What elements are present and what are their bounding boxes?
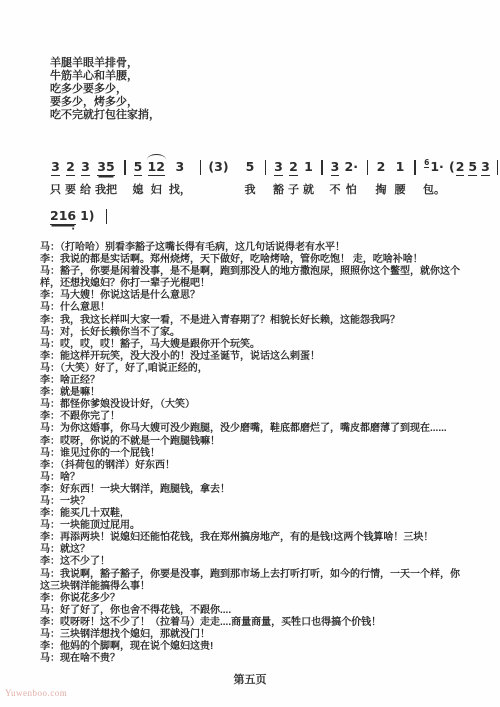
barline [414, 160, 416, 175]
barline [124, 160, 126, 175]
lyric-syllable: 包。 [423, 181, 445, 194]
page-footer: 第五页 [0, 671, 500, 687]
music-note: 1腰 [394, 159, 405, 194]
verse-line: 吃多少要多少， [50, 83, 160, 96]
music-note: 5 [468, 159, 477, 194]
music-notation-line-1: 3只2要3给35我把5媳12妇3找，(3)5我3豁2子1就3不2·怕2掏1腰61… [48, 159, 500, 194]
page-number-label: 第五页 [234, 674, 267, 686]
music-note: 3给 [80, 159, 91, 194]
dialogue-line: 马：都怪你爹娘没设计好，（大笑） [40, 399, 464, 411]
watermark: Yuwenboo.com [5, 688, 67, 698]
lyric-syllable: 给 [80, 181, 91, 194]
grace-note: 6 [424, 158, 429, 168]
barline [367, 160, 369, 175]
dialogue-line: 李：就是嘛！ [40, 387, 464, 399]
lyric-syllable [481, 181, 490, 194]
lyric-syllable: 不 [330, 181, 341, 194]
music-note: 3豁 [273, 159, 284, 194]
dialogue-line: 马：一块？ [40, 496, 464, 508]
dialogue-line: 马：一块能顶过屁用。 [40, 520, 464, 532]
dialogue-line: 马：我说啊，豁子豁子，你要是没事，跑到那市场上去打听打听，如今的行情，一天一个样… [40, 569, 464, 593]
barline [497, 160, 499, 175]
dialogue-line: 李：不跟你完了！ [40, 411, 464, 423]
barline [265, 160, 267, 175]
paren: ( [449, 159, 455, 174]
verse-line: 羊腿羊眼羊排骨， [50, 57, 160, 70]
lyric-syllable: 我 [245, 181, 256, 194]
lyric-syllable: 就 [303, 181, 314, 194]
dialogue-line: 李：（抖荷包的钢洋）好东西！ [40, 460, 464, 472]
barline [321, 160, 323, 175]
lyric-syllable: 子 [288, 181, 299, 194]
music-note: 2·怕 [345, 159, 358, 194]
dialogue-line: 马：啥？ [40, 472, 464, 484]
music-notation-line-2: 2161) [48, 208, 112, 227]
music-note: 3只 [50, 159, 61, 194]
dialogue-line: 马：就这？ [40, 544, 464, 556]
music-note: 3 [481, 159, 490, 194]
lyric-syllable [468, 181, 477, 194]
dialogue-line: 李：哎呀呀！这不少了！（拉着马）走走....商量商量，买牲口也得搞个价钱！ [40, 617, 464, 629]
dialogue-line: 李：能买几十双鞋, [40, 508, 464, 520]
music-note: 1) [80, 208, 94, 227]
lyric-syllable [208, 181, 228, 194]
dialogue-line: 李：他妈的个脚啊，现在说个媳妇这贵! [40, 641, 464, 653]
dialogue-line: 马：什么意思！ [40, 302, 464, 314]
script-page: 羊腿羊眼羊排骨，牛筋羊心和羊腰，吃多少要多少，要多少，烤多少，吃不完就打包往家捎… [0, 0, 500, 707]
dialogue-line: 李：能这样开玩笑，没大没小的！没过圣诞节，说话这么剌蛋！ [40, 351, 464, 363]
lyric-syllable: 掏 [375, 181, 386, 194]
dialogue-line: 李：好东西！一块大钢洋，跑腿钱，拿去！ [40, 484, 464, 496]
dialogue-line: 李：啥正经？ [40, 375, 464, 387]
barline [106, 209, 108, 224]
lyric-syllable: 豁 [273, 181, 284, 194]
music-note: 3找， [169, 159, 191, 194]
music-note: 2要 [65, 159, 76, 194]
dialogue-line: 马：（打哈哈）别看李豁子这嘴长得有毛病，这几句话说得老有水平！ [40, 242, 464, 254]
music-note: 216 [50, 208, 76, 227]
dialogue-line: 李：马大嫂！你说这话是什么意思？ [40, 290, 464, 302]
lyric-syllable [449, 181, 464, 194]
dialogue-line: 马：谁见过你的一个屁钱！ [40, 448, 464, 460]
dialogue-line: 李：我，我这长样叫大家一看，不是进入青春期了？相貌长好长赖，这能怨我吗？ [40, 315, 464, 327]
dialogue-line: 马：好了好了，你也舍不得花钱，不跟你.... [40, 605, 464, 617]
dialogue-line: 马：豁子，你要是闲着没事，是不是啊，跑到那没人的地方撒泡尿，照照你这个鳖型，就你… [40, 266, 464, 290]
verse-line: 要多少，烤多少， [50, 96, 160, 109]
dialogue-block: 马：（打哈哈）别看李豁子这嘴长得有毛病，这几句话说得老有水平！李：我说的都是实话… [40, 242, 464, 665]
lyric-syllable: 妇 [148, 181, 165, 194]
lyric-syllable: 腰 [394, 181, 405, 194]
dialogue-line: 马：为你这婚事，你马大嫂可没少跑腿，没少磨嘴，鞋底都磨烂了，嘴皮都磨薄了到现在.… [40, 423, 464, 435]
music-note: (3) [208, 159, 228, 194]
music-note: 2掏 [375, 159, 386, 194]
music-note: 2子 [288, 159, 299, 194]
dialogue-line: 李：你说花多少？ [40, 593, 464, 605]
music-note: (2 [449, 159, 464, 194]
lyric-syllable: 怕 [345, 181, 358, 194]
dialogue-line: 李：我说的都是实话啊。郑州烧烤，天下做好，吃啥烤啥，管你吃饱！ 走，吃啥补啥！ [40, 254, 464, 266]
music-note: 12妇 [148, 159, 165, 194]
lyric-syllable: 只 [50, 181, 61, 194]
music-note: 1就 [303, 159, 314, 194]
verse-block: 羊腿羊眼羊排骨，牛筋羊心和羊腰，吃多少要多少，要多少，烤多少，吃不完就打包往家捎… [50, 57, 160, 122]
lyric-syllable: 要 [65, 181, 76, 194]
dialogue-line: 马：三块钢洋想找个媳妇，那就没门！ [40, 629, 464, 641]
verse-line: 吃不完就打包往家捎， [50, 109, 160, 122]
lyric-syllable: 找， [169, 181, 191, 194]
dialogue-line: 李：再添两块！说媳妇还能怕花钱，我在郑州搞房地产，有的是钱!这两个钱算啥！三块！ [40, 532, 464, 544]
music-note: 5我 [245, 159, 256, 194]
lyric-syllable: 媳 [133, 181, 144, 194]
music-note: 35我把 [95, 159, 117, 194]
dialogue-line: 马：现在啥不贵？ [40, 653, 464, 665]
dialogue-line: 马：（大笑）好了，好了,咱说正经的， [40, 363, 464, 375]
music-note: 5媳 [133, 159, 144, 194]
lyric-syllable: 我把 [95, 181, 117, 194]
music-note: 61·包。 [423, 159, 445, 194]
music-note: 3不 [330, 159, 341, 194]
verse-line: 牛筋羊心和羊腰， [50, 70, 160, 83]
dialogue-line: 马：哎，哎，哎！豁子，马大嫂是跟你开个玩笑。 [40, 339, 464, 351]
dialogue-line: 李：哎呀，你说的不就是一个跑腿钱嘛！ [40, 436, 464, 448]
barline [200, 160, 202, 175]
dialogue-line: 马：对，长好长赖你当不了家。 [40, 327, 464, 339]
dialogue-line: 李：这不少了！ [40, 556, 464, 568]
